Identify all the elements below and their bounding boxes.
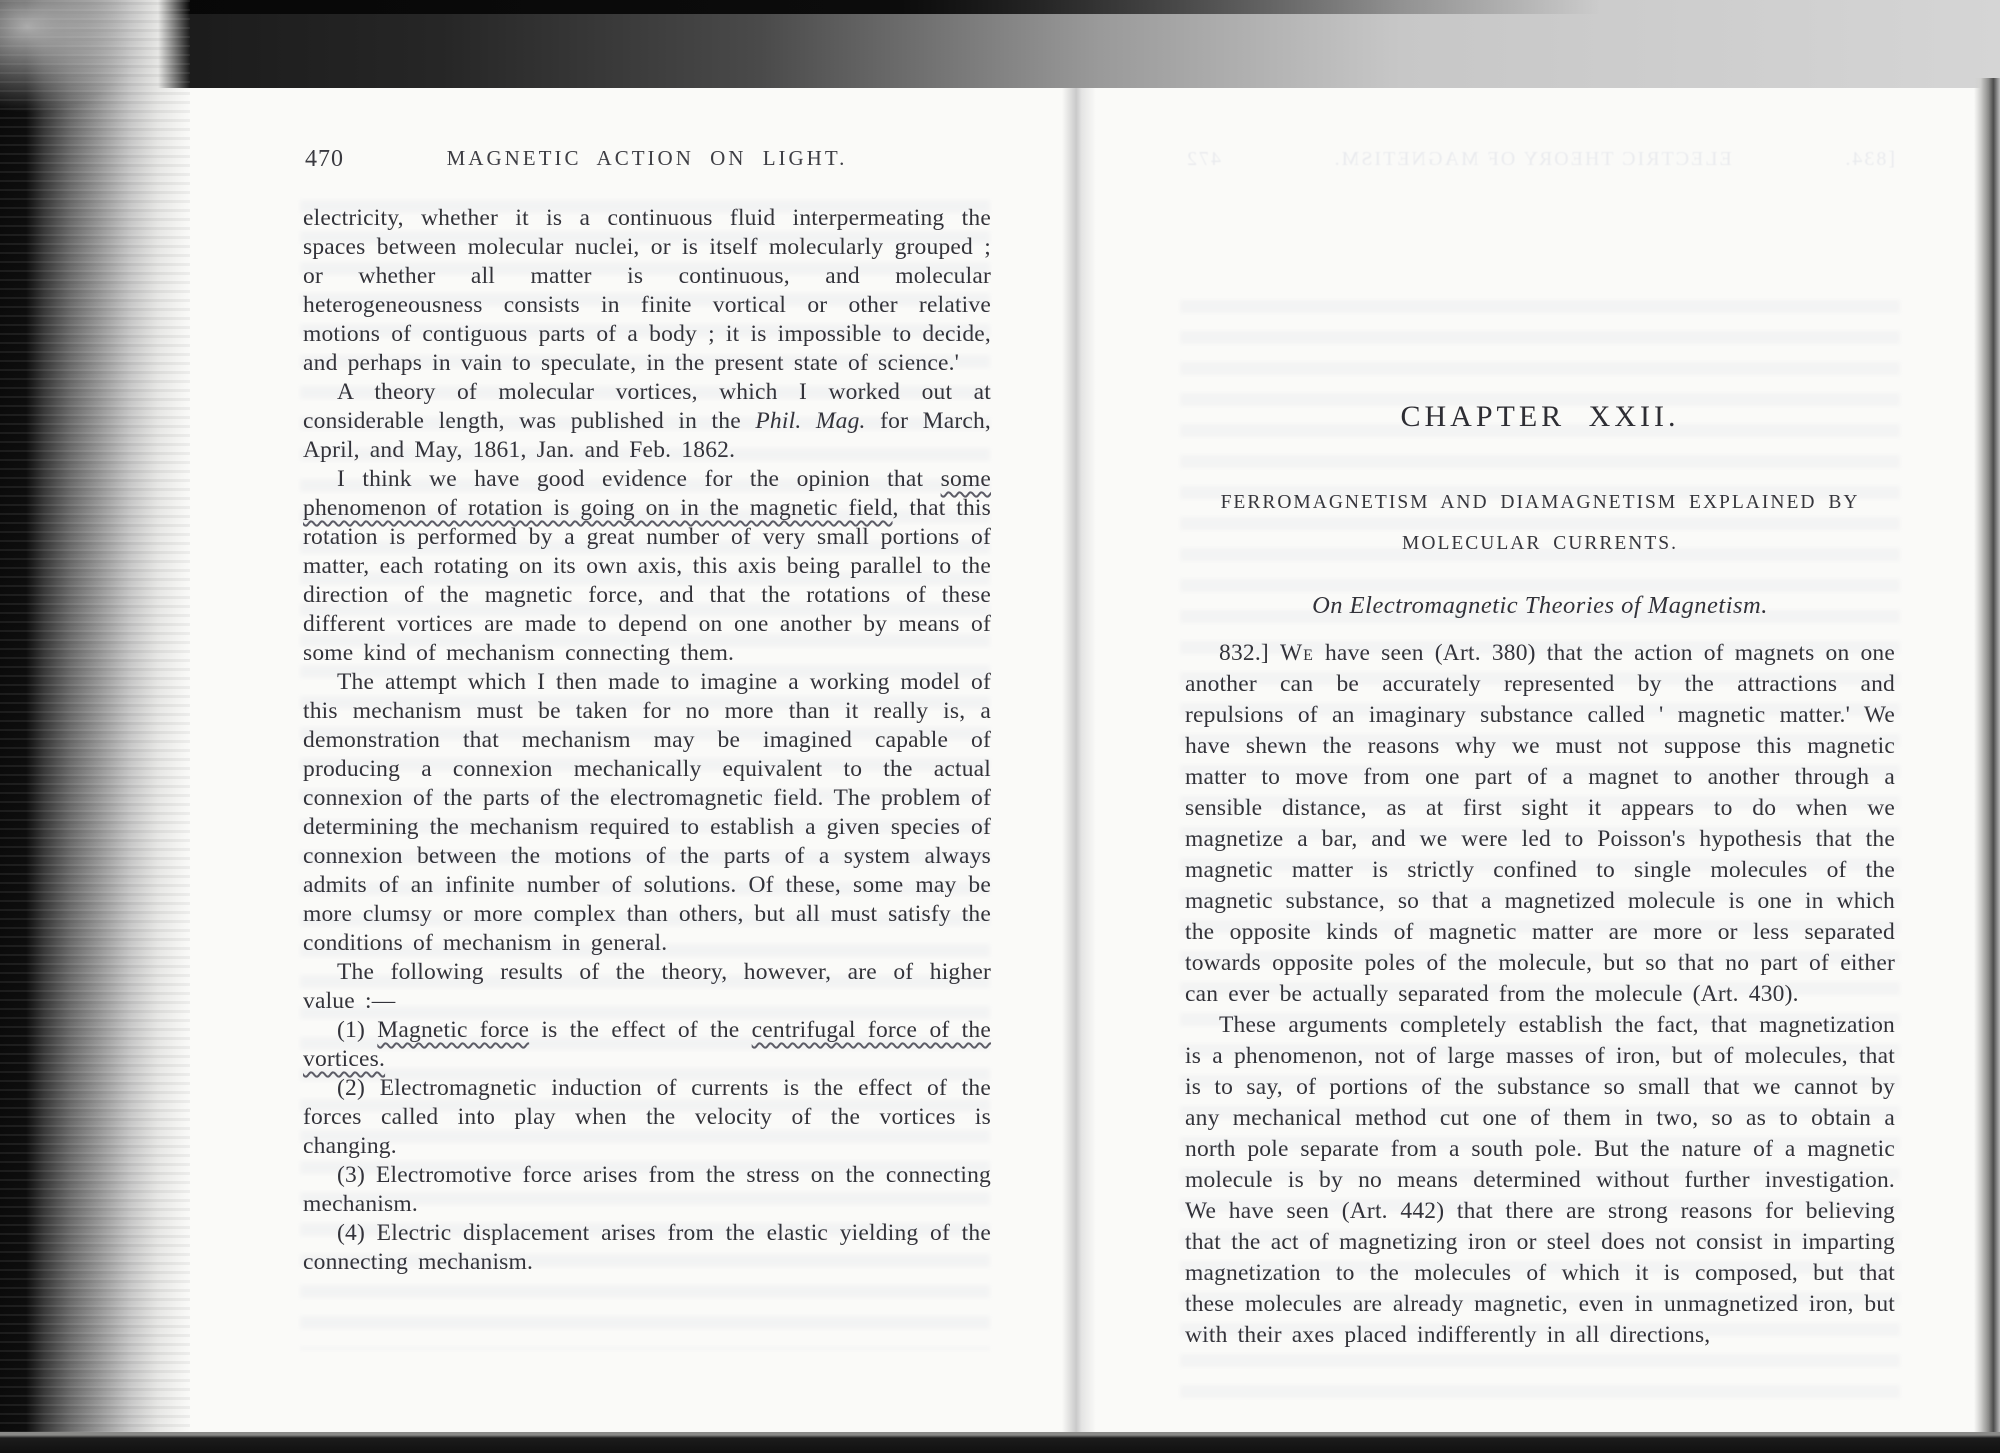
text-segment: We	[1280, 640, 1314, 666]
scanner-top-band	[0, 0, 2000, 92]
text-segment: (1)	[337, 1017, 377, 1043]
running-header: MAGNETIC ACTION ON LIGHT.	[303, 146, 991, 171]
chapter-heading: CHAPTER XXII.	[1185, 400, 1895, 434]
chapter-subtitle-line1: FERROMAGNETISM AND DIAMAGNETISM EXPLAINE…	[1185, 482, 1895, 523]
list-item-2: (2) Electromagnetic induction of current…	[303, 1074, 991, 1161]
paragraph: The following results of the theory, how…	[303, 958, 991, 1016]
text-segment: These arguments completely establish the…	[1185, 1012, 1895, 1348]
left-page-body: electricity, whether it is a continuous …	[303, 204, 991, 1277]
text-segment: The attempt which I then made to imagine…	[303, 669, 991, 956]
text-segment: is the effect of the	[529, 1017, 752, 1043]
paragraph: 832.] We have seen (Art. 380) that the a…	[1185, 638, 1895, 1010]
right-page-body: 832.] We have seen (Art. 380) that the a…	[1185, 638, 1895, 1351]
page-number: 470	[305, 146, 344, 173]
text-segment: Phil. Mag.	[755, 408, 865, 434]
paragraph: A theory of molecular vortices, which I …	[303, 378, 991, 465]
left-page-header: 470 MAGNETIC ACTION ON LIGHT.	[303, 146, 991, 180]
text-segment: have seen (Art. 380) that the action of …	[1185, 640, 1895, 1007]
paragraph: These arguments completely establish the…	[1185, 1010, 1895, 1351]
scanner-bottom-shadow	[0, 1432, 2000, 1453]
list-item-1: (1) Magnetic force is the effect of the …	[303, 1016, 991, 1074]
text-segment: The following results of the theory, how…	[303, 959, 991, 1014]
gutter-shadow	[1062, 88, 1096, 1436]
left-page: 470 MAGNETIC ACTION ON LIGHT. electricit…	[303, 146, 991, 1277]
show-through-running-header: [834. ELECTRIC THEORY OF MAGNETISM. 472	[1185, 148, 1895, 174]
text-segment: (2) Electromagnetic induction of current…	[303, 1075, 991, 1159]
book-left-page-edges	[0, 0, 190, 1453]
paragraph: electricity, whether it is a continuous …	[303, 204, 991, 378]
text-segment: 832.]	[1219, 640, 1280, 666]
ghost-article-ref: [834.	[1843, 148, 1895, 174]
book-right-page-edge	[1974, 78, 2000, 1453]
right-page: [834. ELECTRIC THEORY OF MAGNETISM. 472 …	[1185, 148, 1895, 1351]
text-segment: (3) Electromotive force arises from the …	[303, 1162, 991, 1217]
text-segment: I think we have good evidence for the op…	[337, 466, 941, 492]
paragraph: The attempt which I then made to imagine…	[303, 668, 991, 958]
text-segment: (4) Electric displacement arises from th…	[303, 1220, 991, 1275]
ghost-page-number: 472	[1185, 148, 1221, 174]
book-scan-scene: 470 MAGNETIC ACTION ON LIGHT. electricit…	[0, 0, 2000, 1453]
section-title: On Electromagnetic Theories of Magnetism…	[1185, 592, 1895, 620]
ghost-running-title: ELECTRIC THEORY OF MAGNETISM.	[1333, 148, 1732, 174]
list-item-3: (3) Electromotive force arises from the …	[303, 1161, 991, 1219]
paragraph: I think we have good evidence for the op…	[303, 465, 991, 668]
text-segment: Magnetic force	[377, 1017, 529, 1043]
chapter-subtitle: FERROMAGNETISM AND DIAMAGNETISM EXPLAINE…	[1185, 482, 1895, 564]
list-item-4: (4) Electric displacement arises from th…	[303, 1219, 991, 1277]
chapter-subtitle-line2: MOLECULAR CURRENTS.	[1185, 523, 1895, 564]
text-segment: electricity, whether it is a continuous …	[303, 205, 991, 376]
